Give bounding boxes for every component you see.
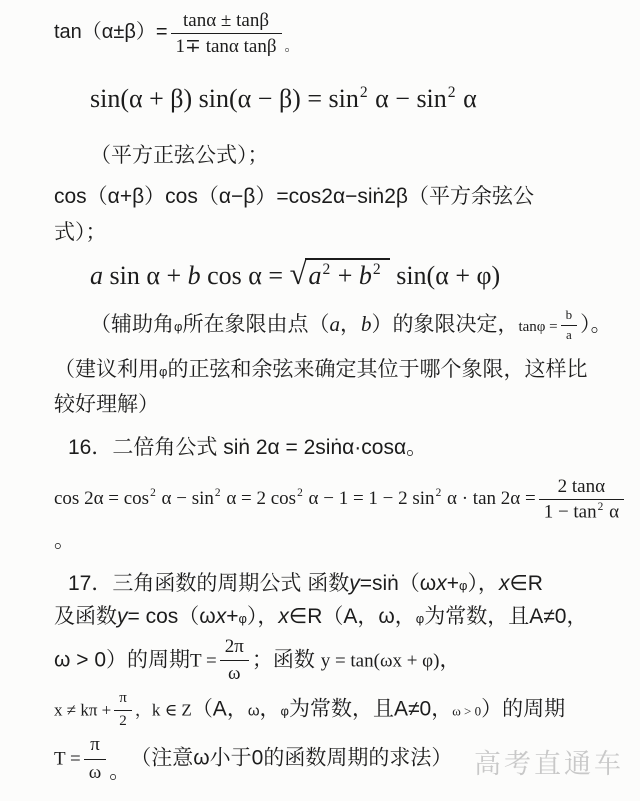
superscript: 2 [598,501,604,513]
item-text: 为常数，且A≠0， [424,605,587,628]
radicand: a2 + b2 [305,258,389,290]
formula-T: T = [54,749,81,770]
formula-text: α [457,84,477,113]
superscript: 2 [215,487,221,499]
var-b: b [359,261,372,290]
formula-text: sin α + [103,261,188,290]
period-mark: 。 [109,758,130,785]
note-omega-negative: （注意ω小于0的函数周期的求法） [130,747,452,770]
phi-symbol: φ [281,704,289,719]
fraction-numerator: π [84,733,107,759]
superscript: 2 [373,261,381,278]
formula-text: α · tan 2α = [442,488,535,509]
superscript: 2 [297,487,303,499]
fraction: πω [84,733,107,785]
note-text: （建议利用 [54,358,159,381]
note-text: 的正弦和余弦来确定其位于哪个象限，这样比 [167,358,587,381]
superscript: 2 [360,84,368,101]
note-text: ）。 [580,313,612,336]
fraction-denominator: ω [220,660,249,687]
formula-cos-product: cos（α+β）cos（α−β）=cos2α−siṅ2β（平方余弦公 [54,183,626,210]
var-b: b [188,261,201,290]
item-text: + [447,572,459,595]
formula-text: cos α = [201,261,290,290]
omega-condition: ω > 0 [452,704,481,719]
formula-tan-phi: tanφ = [518,319,557,335]
note-text: ， [340,313,361,336]
var-y: y [117,605,128,628]
fraction-numerator: 2 tanα [539,476,624,499]
fraction-denominator: 2 [114,710,132,732]
superscript: 2 [448,84,456,101]
item-text: 17．三角函数的周期公式 函数 [68,572,349,595]
fraction: π2 [114,689,132,731]
item-text: ∈R（A，ω， [289,605,416,628]
item-text: ， [260,698,281,721]
formula-k-in-z: ，k ∈ Z [135,701,192,720]
fraction-denominator: a [561,325,578,344]
item-text: ∈R [509,572,542,595]
item-text: ）， [467,572,499,595]
fraction-denominator: 1 − tan2 α [539,499,624,523]
fraction: 2 tanα1 − tan2 α [539,476,624,523]
var-b: b [361,312,372,336]
var-y: y [349,572,360,595]
formula-text: α − 1 = 1 − 2 sin [304,488,435,509]
fraction-denominator: 1∓ tanα tanβ [171,33,282,58]
formula-text: α − sin [157,488,214,509]
fraction: 2πω [220,635,249,687]
var-a: a [329,312,340,336]
item-16-double-angle: 16．二倍角公式 siṅ 2α = 2siṅα·cosα。 [68,434,626,461]
item-text: 及函数 [54,605,117,628]
item-17-line4: x ≠ kπ +π2，k ∈ Z（A，ω，φ为常数，且A≠0，ω > 0）的周期 [54,689,626,731]
fraction-numerator: 2π [220,635,249,661]
var-x: x [216,605,227,628]
var-a: a [90,261,103,290]
item-17-line2: 及函数y= cos（ωx+φ），x∈R（A，ω，φ为常数，且A≠0， [54,603,626,630]
item-17-line3: ω > 0）的周期T =2πω；函数 y = tan(ωx + φ)， [54,635,626,687]
period-mark: 。 [285,36,299,56]
formula-lhs: tan（α±β）= [54,21,168,43]
superscript: 2 [150,487,156,499]
superscript: 2 [436,487,442,499]
formula-T: T = [190,651,217,672]
item-text: （A， [192,698,248,721]
var-a: a [308,261,321,290]
fraction: ba [561,307,578,344]
item-text: 为常数，且A≠0， [289,698,452,721]
formula-text: cos 2α = cos [54,488,149,509]
item-text: ， [439,649,460,672]
item-text: ）， [247,605,279,628]
fraction-denominator: ω [84,759,107,786]
item-text: ；函数 [252,649,321,672]
phi-symbol: φ [238,611,246,626]
formula-text: 1 − tan [544,501,597,522]
note-text: ）的象限决定， [371,313,518,336]
formula-tan-function: y = tan(ωx + φ) [321,651,440,672]
item-text: = cos（ω [128,605,216,628]
note-auxiliary-angle: （辅助角φ所在象限由点（a，b）的象限决定，tanφ =ba）。 [90,307,626,344]
var-x: x [499,572,510,595]
formula-text: α [604,501,619,522]
formula-cos-product-wrap: 式）； [54,219,626,246]
item-text: ）的周期 [481,698,565,721]
formula-text: + [331,261,359,290]
note-square-sine: （平方正弦公式）； [90,142,626,169]
fraction-numerator: tanα ± tanβ [171,10,282,33]
item-text: =siṅ（ω [360,572,437,595]
superscript: 2 [322,261,330,278]
note-suggestion: （建议利用φ的正弦和余弦来确定其位于哪个象限，这样比 [54,356,626,383]
note-suggestion-wrap: 较好理解） [54,391,626,418]
formula-cos-double-angle: cos 2α = cos2 α − sin2 α = 2 cos2 α − 1 … [54,476,626,523]
note-text: （辅助角 [90,313,174,336]
item-17-period-formula: 17．三角函数的周期公式 函数y=siṅ（ωx+φ），x∈R [68,570,626,597]
formula-auxiliary-angle: a sin α + b cos α = √a2 + b2 sin(α + φ) [90,260,626,291]
var-x: x [278,605,289,628]
document-page: tan（α±β）=tanα ± tanβ1∓ tanα tanβ。 sin(α … [0,0,640,801]
item-text: ω > 0）的周期 [54,649,190,672]
phi-symbol: φ [416,611,424,626]
item-text: + [226,605,238,628]
fraction: tanα ± tanβ1∓ tanα tanβ [171,10,282,58]
watermark-gaokao-zhitongche: 高考直通车 [474,742,624,781]
fraction-numerator: b [561,307,578,325]
formula-text: sin(α + φ) [390,261,500,290]
formula-text: sin(α + β) sin(α − β) = sin [90,84,359,113]
period-mark: 。 [54,527,626,554]
note-text: 所在象限由点（ [182,313,329,336]
formula-text: α − sin [369,84,447,113]
var-x: x [436,572,447,595]
formula-text: α = 2 cos [222,488,297,509]
omega-symbol: ω [248,703,260,720]
radical-sign: √ [290,259,307,290]
formula-domain: x ≠ kπ + [54,701,111,720]
fraction-numerator: π [114,689,132,710]
formula-tan-sum-difference: tan（α±β）=tanα ± tanβ1∓ tanα tanβ。 [54,10,626,58]
formula-sin-product: sin(α + β) sin(α − β) = sin2 α − sin2 α [90,84,626,114]
